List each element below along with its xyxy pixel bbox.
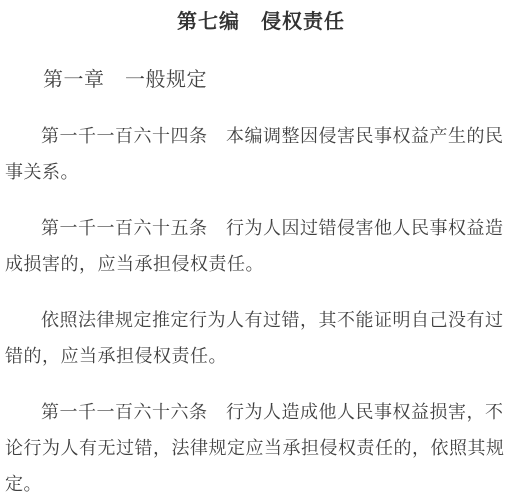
- article-1165-paragraph-1: 第一千一百六十五条 行为人因过错侵害他人民事权益造成损害的，应当承担侵权责任。: [5, 210, 517, 282]
- article-1166-paragraph: 第一千一百六十六条 行为人造成他人民事权益损害，不论行为人有无过错，法律规定应当…: [5, 394, 517, 500]
- part-title: 第七编 侵权责任: [5, 4, 517, 40]
- chapter-heading: 第一章 一般规定: [5, 62, 517, 98]
- article-1165-paragraph-2: 依照法律规定推定行为人有过错，其不能证明自己没有过错的，应当承担侵权责任。: [5, 302, 517, 374]
- document-page: 第七编 侵权责任 第一章 一般规定 第一千一百六十四条 本编调整因侵害民事权益产…: [0, 0, 523, 500]
- article-1164-paragraph: 第一千一百六十四条 本编调整因侵害民事权益产生的民事关系。: [5, 118, 517, 190]
